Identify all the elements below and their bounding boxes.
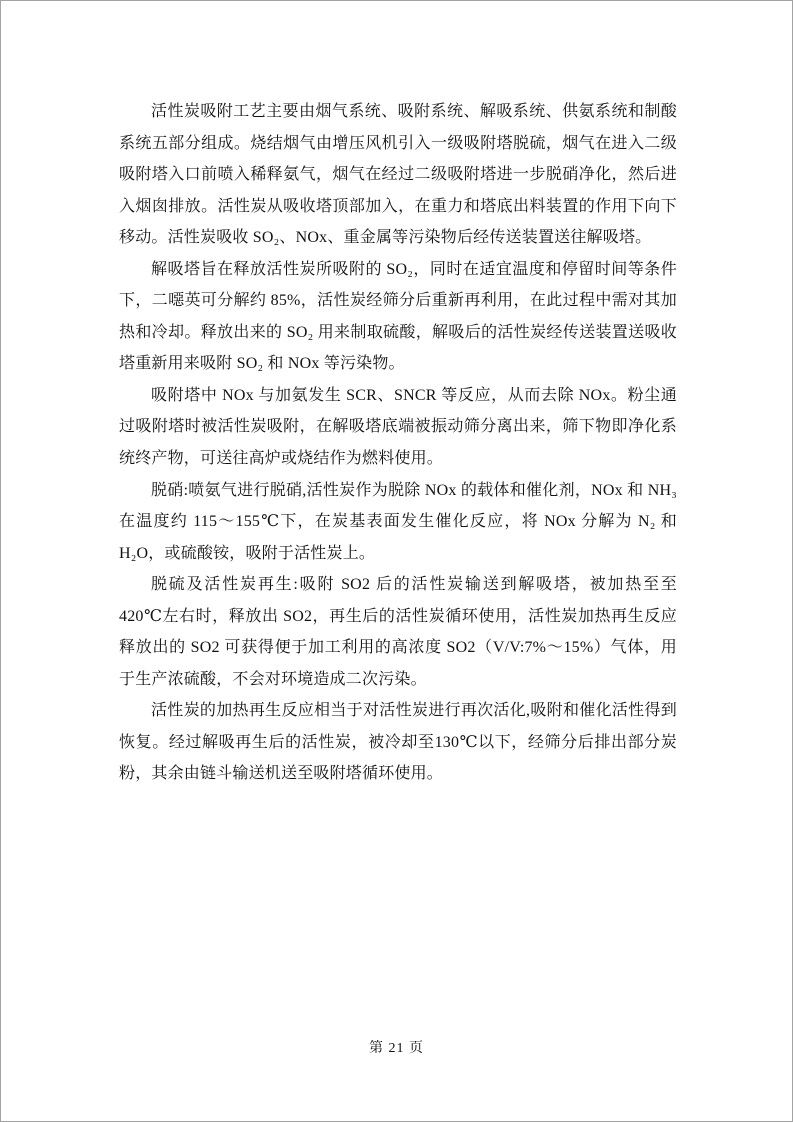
document-page: 活性炭吸附工艺主要由烟气系统、吸附系统、解吸系统、供氨系统和制酸系统五部分组成。… xyxy=(0,0,793,1122)
paragraph-adsorption-tower-reactions: 吸附塔中 NOx 与加氨发生 SCR、SNCR 等反应，从而去除 NOx。粉尘通… xyxy=(119,380,677,475)
paragraph-reactivation: 活性炭的加热再生反应相当于对活性炭进行再次活化,吸附和催化活性得到恢复。经过解吸… xyxy=(119,695,677,790)
page-number: 第 21 页 xyxy=(369,1041,424,1056)
paragraph-desulfurization-regeneration: 脱硫及活性炭再生:吸附 SO2 后的活性炭输送到解吸塔，被加热至至 420℃左右… xyxy=(119,569,677,695)
page-footer: 第 21 页 xyxy=(1,1037,792,1057)
paragraph-process-overview: 活性炭吸附工艺主要由烟气系统、吸附系统、解吸系统、供氨系统和制酸系统五部分组成。… xyxy=(119,96,677,254)
paragraph-desorption-tower: 解吸塔旨在释放活性炭所吸附的 SO₂，同时在适宜温度和停留时间等条件下，二噁英可… xyxy=(119,254,677,380)
document-body: 活性炭吸附工艺主要由烟气系统、吸附系统、解吸系统、供氨系统和制酸系统五部分组成。… xyxy=(119,96,677,790)
paragraph-denitration: 脱硝:喷氨气进行脱硝,活性炭作为脱除 NOx 的载体和催化剂，NOx 和 NH₃… xyxy=(119,475,677,570)
